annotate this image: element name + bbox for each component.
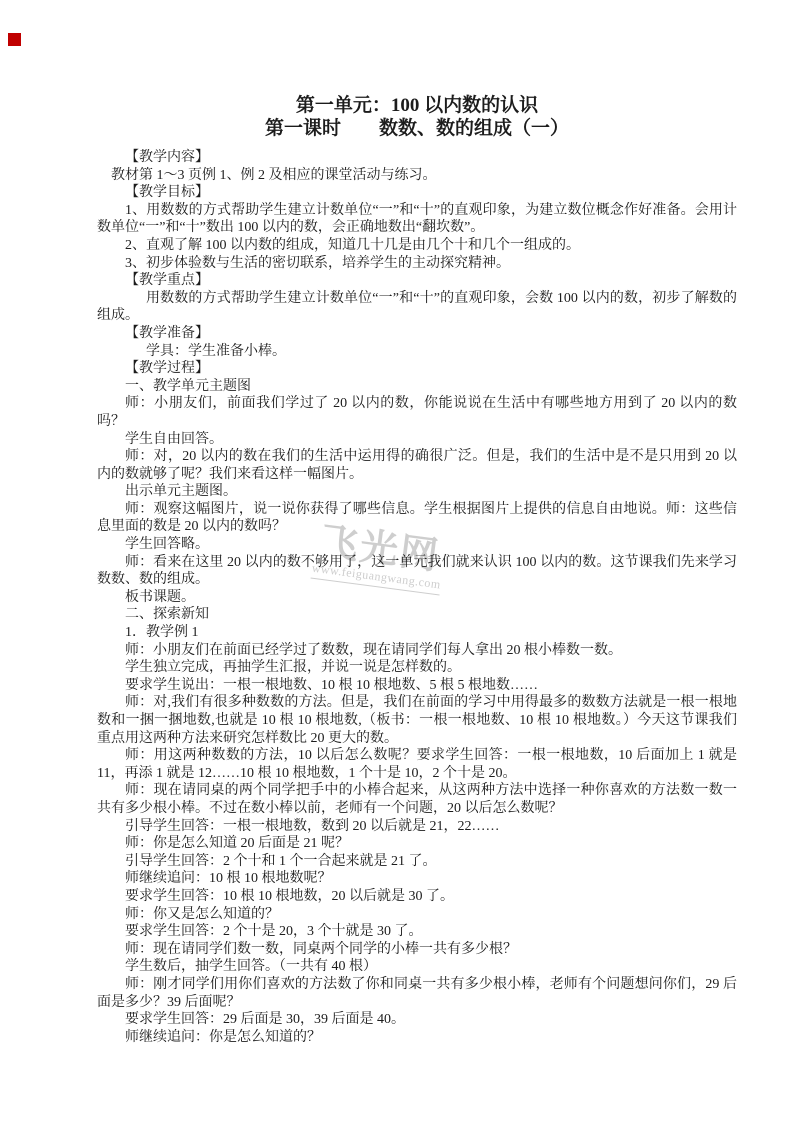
document-paragraph: 要求学生回答：2 个十是 20，3 个十就是 30 了。 — [97, 923, 737, 941]
document-body: 【教学内容】教材第 1～3 页例 1、例 2 及相应的课堂活动与练习。【教学目标… — [97, 149, 737, 1046]
document-paragraph: 二、探索新知 — [97, 606, 737, 624]
document-paragraph: 师：你又是怎么知道的？ — [97, 906, 737, 924]
red-marker — [8, 33, 21, 46]
document-paragraph: 要求学生回答：29 后面是 30，39 后面是 40。 — [97, 1011, 737, 1029]
document-paragraph: 【教学过程】 — [97, 360, 737, 378]
document-paragraph: 师：你是怎么知道 20 后面是 21 呢？ — [97, 835, 737, 853]
document-paragraph: 2、直观了解 100 以内数的组成，知道几十几是由几个十和几个一组成的。 — [97, 237, 737, 255]
document-paragraph: 师：用这两种数数的方法，10 以后怎么数呢？要求学生回答：一根一根地数，10 后… — [97, 747, 737, 782]
document-paragraph: 师：小朋友们，前面我们学过了 20 以内的数，你能说说在生活中有哪些地方用到了 … — [97, 395, 737, 430]
document-paragraph: 师：对，20 以内的数在我们的生活中运用得的确很广泛。但是，我们的生活中是不是只… — [97, 448, 737, 483]
document-paragraph: 师：现在请同学们数一数，同桌两个同学的小棒一共有多少根？ — [97, 941, 737, 959]
document-paragraph: 师：观察这幅图片，说一说你获得了哪些信息。学生根据图片上提供的信息自由地说。师：… — [97, 501, 737, 536]
document-paragraph: 教材第 1～3 页例 1、例 2 及相应的课堂活动与练习。 — [97, 167, 737, 185]
document-paragraph: 学具：学生准备小棒。 — [97, 343, 737, 361]
document-paragraph: 【教学重点】 — [97, 272, 737, 290]
document-paragraph: 师：小朋友们在前面已经学过了数数，现在请同学们每人拿出 20 根小棒数一数。 — [97, 642, 737, 660]
document-paragraph: 1、用数数的方式帮助学生建立计数单位“一”和“十”的直观印象，为建立数位概念作好… — [97, 202, 737, 237]
document-paragraph: 板书课题。 — [97, 589, 737, 607]
document-paragraph: 出示单元主题图。 — [97, 483, 737, 501]
document-paragraph: 【教学准备】 — [97, 325, 737, 343]
document-paragraph: 3、初步体验数与生活的密切联系，培养学生的主动探究精神。 — [97, 255, 737, 273]
document-paragraph: 要求学生回答：10 根 10 根地数，20 以后就是 30 了。 — [97, 888, 737, 906]
document-paragraph: 一、教学单元主题图 — [97, 378, 737, 396]
document-paragraph: 学生自由回答。 — [97, 431, 737, 449]
document-paragraph: 【教学内容】 — [97, 149, 737, 167]
document-paragraph: 引导学生回答：2 个十和 1 个一合起来就是 21 了。 — [97, 853, 737, 871]
document-paragraph: 师：刚才同学们用你们喜欢的方法数了你和同桌一共有多少根小棒，老师有个问题想问你们… — [97, 976, 737, 1011]
document-paragraph: 师：对,我们有很多种数数的方法。但是，我们在前面的学习中用得最多的数数方法就是一… — [97, 694, 737, 747]
document-paragraph: 1．教学例 1 — [97, 624, 737, 642]
document-paragraph: 引导学生回答：一根一根地数，数到 20 以后就是 21，22…… — [97, 818, 737, 836]
document-paragraph: 学生回答略。 — [97, 536, 737, 554]
document-paragraph: 师继续追问：10 根 10 根地数呢？ — [97, 870, 737, 888]
document-paragraph: 师继续追问：你是怎么知道的？ — [97, 1029, 737, 1047]
document-paragraph: 要求学生说出：一根一根地数、10 根 10 根地数、5 根 5 根地数…… — [97, 677, 737, 695]
document-page: 飞光网 www.feiguangwang.com 第一单元：100 以内数的认识… — [0, 0, 793, 1122]
document-paragraph: 师：看来在这里 20 以内的数不够用了，这一单元我们就来认识 100 以内的数。… — [97, 554, 737, 589]
document-paragraph: 学生数后，抽学生回答。（一共有 40 根） — [97, 958, 737, 976]
document-paragraph: 【教学目标】 — [97, 184, 737, 202]
document-paragraph: 用数数的方式帮助学生建立计数单位“一”和“十”的直观印象，会数 100 以内的数… — [97, 290, 737, 325]
unit-title: 第一单元：100 以内数的认识 — [97, 94, 737, 117]
document-content: 第一单元：100 以内数的认识 第一课时 数数、数的组成（一） 【教学内容】教材… — [97, 94, 737, 1046]
document-paragraph: 师：现在请同桌的两个同学把手中的小棒合起来，从这两种方法中选择一种你喜欢的方法数… — [97, 782, 737, 817]
lesson-title: 第一课时 数数、数的组成（一） — [97, 117, 737, 140]
document-paragraph: 学生独立完成，再抽学生汇报，并说一说是怎样数的。 — [97, 659, 737, 677]
